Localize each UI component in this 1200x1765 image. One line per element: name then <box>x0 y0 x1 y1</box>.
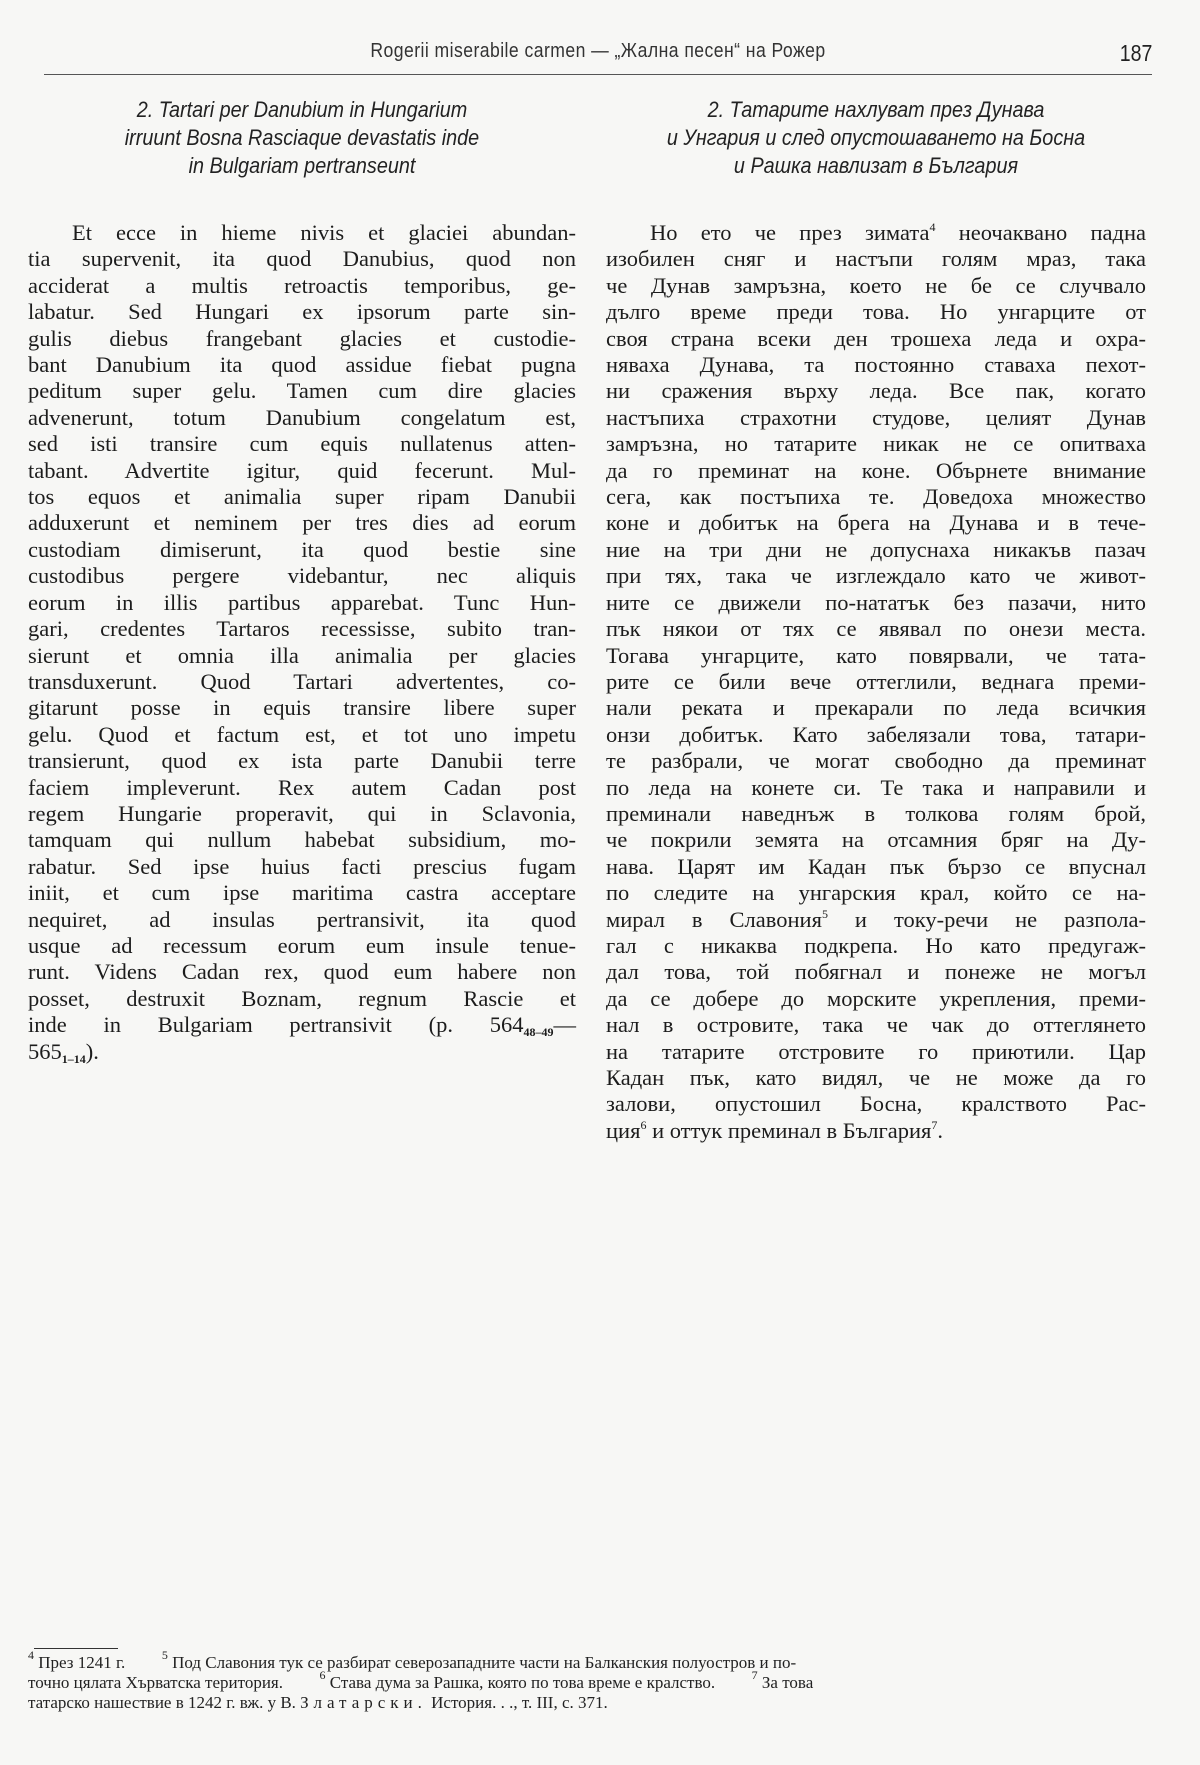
text-line-with-page-ref: inde in Bulgariam pertransivit (p. 56448… <box>28 1012 576 1038</box>
footnote-line: 4 През 1241 г. 5 Под Славония тук се раз… <box>28 1653 1158 1673</box>
latin-section-heading: 2. Tartari per Danubium in Hungarium irr… <box>55 96 548 180</box>
footnotes: 4 През 1241 г. 5 Под Славония тук се раз… <box>28 1648 1158 1713</box>
text-line: онзи добитък. Като забелязали това, тата… <box>606 722 1146 748</box>
text-line: regem Hungarie properavit, qui in Sclavo… <box>28 801 576 827</box>
text-line: advenerunt, totum Danubium congelatum es… <box>28 405 576 431</box>
text-fragment: 565 <box>28 1039 62 1064</box>
footnote-number-4: 4 <box>28 1648 34 1662</box>
text-line: Но ето че през зимата4 неочаквано падна <box>606 220 1146 246</box>
latin-column: 2. Tartari per Danubium in Hungarium irr… <box>28 96 576 1065</box>
dash: — <box>554 1012 577 1037</box>
text-line: usque ad recessum eorum eum insule tenue… <box>28 933 576 959</box>
text-line: гал с никаква подкрепа. Но като предугаж… <box>606 933 1146 959</box>
text-fragment: ция <box>606 1118 640 1143</box>
text-line: custodibus pergere videbantur, nec aliqu… <box>28 563 576 589</box>
text-line: gulis diebus frangebant glacies et custo… <box>28 326 576 352</box>
footnote-line: точно цялата Хърватска територия. 6 Став… <box>28 1673 1158 1693</box>
heading-line: 2. Tartari per Danubium in Hungarium <box>55 96 548 124</box>
text-fragment: неочаквано падна <box>935 220 1146 245</box>
text-line: tos equos et animalia super ripam Danubi… <box>28 484 576 510</box>
text-line: transduxerunt. Quod Tartari advertentes,… <box>28 669 576 695</box>
text-line: tabant. Advertite igitur, quid fecerunt.… <box>28 458 576 484</box>
text-line: ние на три дни не допуснаха никакъв паза… <box>606 537 1146 563</box>
text-line: нава. Царят им Кадан пък бързо се впусна… <box>606 854 1146 880</box>
text-fragment: inde in Bulgariam pertransivit (p. 564 <box>28 1012 524 1037</box>
text-line: sierunt et omnia illa animalia per glaci… <box>28 643 576 669</box>
heading-line: и Рашка навлизат в България <box>633 152 1119 180</box>
bulgarian-body: Но ето че през зимата4 неочаквано падна … <box>606 220 1146 1144</box>
text-line: на татарите отстровите го приютили. Цар <box>606 1039 1146 1065</box>
cited-author: Златарски. <box>300 1693 427 1712</box>
footnote-7-citation: История. . ., т. III, с. 371. <box>431 1693 608 1712</box>
text-fragment: и оттук преминал в България <box>646 1118 931 1143</box>
text-line: сега, как постъпиха те. Доведоха множест… <box>606 484 1146 510</box>
text-line: labatur. Sed Hungari ex ipsorum parte si… <box>28 299 576 325</box>
text-line: Тогава унгарците, като повярвали, че тат… <box>606 643 1146 669</box>
text-line: faciem impleverunt. Rex autem Cadan post <box>28 775 576 801</box>
text-line: ни сражения върху леда. Все пак, когато <box>606 378 1146 404</box>
footnote-6-text: Става дума за Рашка, която по това време… <box>330 1673 715 1692</box>
text-line: своя страна всеки ден трошеха леда и охр… <box>606 326 1146 352</box>
text-line: sed isti transire cum equis nullatenus a… <box>28 431 576 457</box>
text-fragment: . <box>937 1118 943 1143</box>
text-fragment: ). <box>86 1039 99 1064</box>
text-line: при тях, така че изглеждало като че живо… <box>606 563 1146 589</box>
text-fragment: мирал в Славония <box>606 907 822 932</box>
heading-line: in Bulgariam pertranseunt <box>55 152 548 180</box>
text-line: peditum super gelu. Tamen cum dire glaci… <box>28 378 576 404</box>
text-line: gari, credentes Tartaros recessisse, sub… <box>28 616 576 642</box>
text-line: настъпиха страхотни студове, целият Дуна… <box>606 405 1146 431</box>
running-header: Rogerii miserabile carmen — „Жална песен… <box>44 36 1152 76</box>
text-line: по леда на конете си. Те така и направил… <box>606 775 1146 801</box>
page-number: 187 <box>1119 40 1152 67</box>
text-line: че покрили земята на отсамния бряг на Ду… <box>606 827 1146 853</box>
text-line: преминали наведнъж в толкова голям брой, <box>606 801 1146 827</box>
text-fragment: и току-речи не разпола- <box>828 907 1146 932</box>
footnote-text: 4 През 1241 г. 5 Под Славония тук се раз… <box>28 1653 1158 1713</box>
text-line: рите се били вече оттеглили, веднага пре… <box>606 669 1146 695</box>
text-line: adduxerunt et neminem per tres dies ad e… <box>28 510 576 536</box>
heading-line: и Унгария и след опустошаването на Босна <box>633 124 1119 152</box>
text-line: Et ecce in hieme nivis et glaciei abunda… <box>28 220 576 246</box>
text-line: tia supervenit, ita quod Danubius, quod … <box>28 246 576 272</box>
text-line: gelu. Quod et factum est, et tot uno imp… <box>28 722 576 748</box>
running-title: Rogerii miserabile carmen — „Жална песен… <box>110 40 1085 63</box>
text-line: да се добере до морските укрепления, пре… <box>606 986 1146 1012</box>
text-line: изобилен сняг и настъпи голям мраз, така <box>606 246 1146 272</box>
text-line: замръзна, но татарите никак не се опитва… <box>606 431 1146 457</box>
footnote-number-5: 5 <box>162 1648 168 1662</box>
footnote-rule <box>34 1648 118 1649</box>
text-line: те разбрали, че могат свободно да премин… <box>606 748 1146 774</box>
page-ref-subscript: 1–14 <box>62 1052 86 1066</box>
text-line: gitarunt posse in equis transire libere … <box>28 695 576 721</box>
text-line: tamquam qui nullum habebat subsidium, mo… <box>28 827 576 853</box>
text-line: transierunt, quod ex ista parte Danubii … <box>28 748 576 774</box>
text-line: nequiret, ad insulas pertransivit, ita q… <box>28 907 576 933</box>
bulgarian-section-heading: 2. Татарите нахлуват през Дунава и Унгар… <box>633 96 1119 180</box>
text-line: дал това, той побягнал и понеже не могъл <box>606 959 1146 985</box>
footnote-number-7: 7 <box>752 1668 758 1682</box>
text-fragment: Но ето че през зимата <box>650 220 929 245</box>
footnote-7-text: За това <box>762 1673 813 1692</box>
text-line-final: ция6 и оттук преминал в България7. <box>606 1118 1146 1144</box>
footnote-5-text: Под Славония тук се разбират северозапад… <box>172 1653 796 1672</box>
text-line-final: 5651–14). <box>28 1039 576 1065</box>
text-line: коне и добитък на брега на Дунава и в те… <box>606 510 1146 536</box>
text-line: дълго време преди това. Но унгарците от <box>606 299 1146 325</box>
text-line: по следите на унгарския крал, който се н… <box>606 880 1146 906</box>
header-rule <box>44 74 1152 75</box>
text-line: няваха Дунава, та постоянно ставаха пехо… <box>606 352 1146 378</box>
text-line: пък някои от тях се явявал по онези мест… <box>606 616 1146 642</box>
text-line: че Дунав замръзна, което не бе се случва… <box>606 273 1146 299</box>
footnote-5-text-cont: точно цялата Хърватска територия. <box>28 1673 283 1692</box>
text-line: нал в островите, така че чак до оттеглян… <box>606 1012 1146 1038</box>
text-line: залови, опустошил Босна, кралството Рас- <box>606 1091 1146 1117</box>
heading-line: 2. Татарите нахлуват през Дунава <box>633 96 1119 124</box>
footnote-7-text-cont: татарско нашествие в 1242 г. вж. у В. <box>28 1693 296 1712</box>
footnote-4-text: През 1241 г. <box>38 1653 125 1672</box>
text-line: Кадан пък, като видял, че не може да го <box>606 1065 1146 1091</box>
footnote-number-6: 6 <box>320 1668 326 1682</box>
heading-line: irruunt Bosna Rasciaque devastatis inde <box>55 124 548 152</box>
text-line: да го преминат на коне. Обърнете внимани… <box>606 458 1146 484</box>
page-ref-subscript: 48–49 <box>524 1025 554 1039</box>
text-line: custodiam dimiserunt, ita quod bestie si… <box>28 537 576 563</box>
text-line: eorum in illis partibus apparebat. Tunc … <box>28 590 576 616</box>
text-line: ните се движели по-нататък без пазачи, н… <box>606 590 1146 616</box>
bulgarian-column: 2. Татарите нахлуват през Дунава и Унгар… <box>606 96 1146 1144</box>
text-line: posset, destruxit Boznam, regnum Rascie … <box>28 986 576 1012</box>
text-line: acciderat a multis retroactis temporibus… <box>28 273 576 299</box>
text-line: iniit, et cum ipse maritima castra accep… <box>28 880 576 906</box>
footnote-line: татарско нашествие в 1242 г. вж. у В. Зл… <box>28 1693 1158 1713</box>
text-line: bant Danubium ita quod assidue fiebat pu… <box>28 352 576 378</box>
text-line: нали реката и прекарали по леда всичкия <box>606 695 1146 721</box>
text-line: мирал в Славония5 и току-речи не разпола… <box>606 907 1146 933</box>
text-line: runt. Videns Cadan rex, quod eum habere … <box>28 959 576 985</box>
latin-body: Et ecce in hieme nivis et glaciei abunda… <box>28 220 576 1065</box>
text-line: rabatur. Sed ipse huius facti prescius f… <box>28 854 576 880</box>
